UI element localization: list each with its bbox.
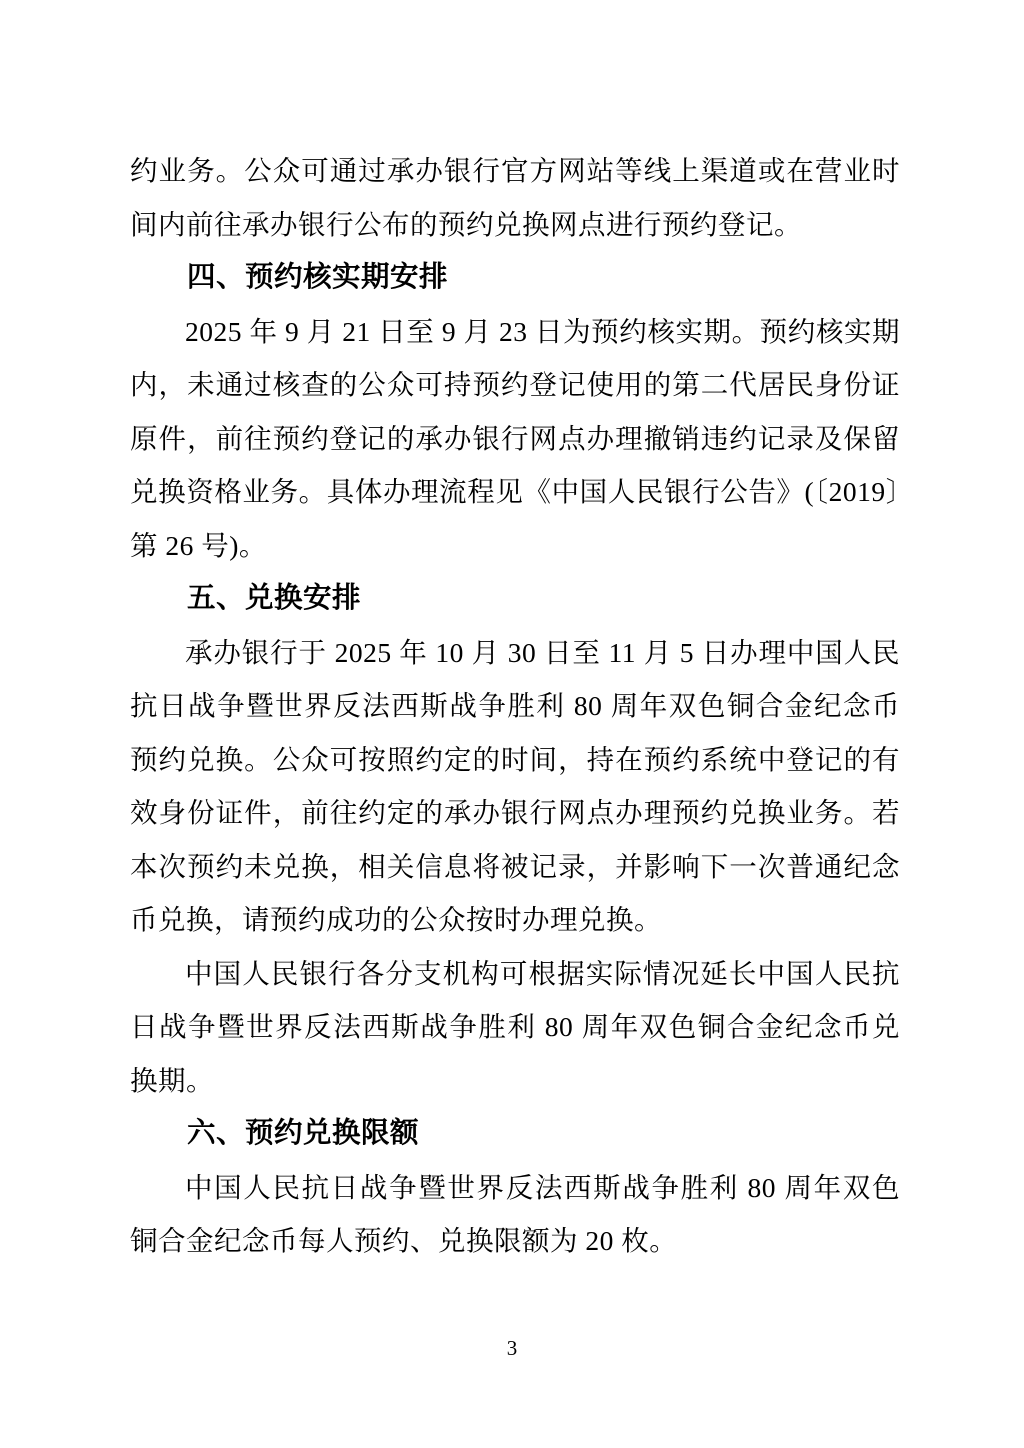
document-body: 约业务。公众可通过承办银行官方网站等线上渠道或在营业时间内前往承办银行公布的预约… <box>130 144 900 1268</box>
paragraph-exchange-period-extension: 中国人民银行各分支机构可根据实际情况延长中国人民抗日战争暨世界反法西斯战争胜利 … <box>130 947 900 1108</box>
page-number: 3 <box>0 1334 1024 1362</box>
paragraph-continued-from-previous-page: 约业务。公众可通过承办银行官方网站等线上渠道或在营业时间内前往承办银行公布的预约… <box>130 144 900 251</box>
section-heading-exchange-arrangement: 五、兑换安排 <box>130 572 900 626</box>
section-heading-exchange-limit: 六、预约兑换限额 <box>130 1107 900 1161</box>
document-page: 约业务。公众可通过承办银行官方网站等线上渠道或在营业时间内前往承办银行公布的预约… <box>0 0 1024 1448</box>
paragraph-exchange-limit-details: 中国人民抗日战争暨世界反法西斯战争胜利 80 周年双色铜合金纪念币每人预约、兑换… <box>130 1161 900 1268</box>
paragraph-exchange-arrangement-details: 承办银行于 2025 年 10 月 30 日至 11 月 5 日办理中国人民抗日… <box>130 626 900 947</box>
section-heading-reservation-verification-period: 四、预约核实期安排 <box>130 251 900 305</box>
paragraph-verification-period-details: 2025 年 9 月 21 日至 9 月 23 日为预约核实期。预约核实期内，未… <box>130 305 900 573</box>
